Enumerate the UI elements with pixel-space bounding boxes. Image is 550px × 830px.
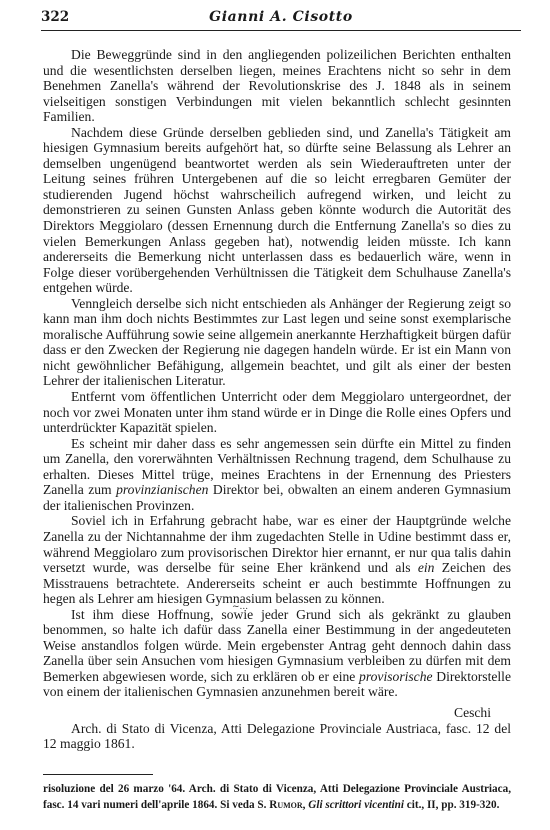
paragraph-5-italic: provinzianischen xyxy=(116,482,208,497)
paragraph-7-italic: provisorische xyxy=(359,669,433,684)
signature: Ceschi xyxy=(43,705,511,721)
paragraph-1: Die Beweggründe sind in den angliegenden… xyxy=(43,47,511,125)
paragraph-2: Nachdem diese Gründe derselben geblieden… xyxy=(43,125,511,296)
paragraph-6-italic: ein xyxy=(418,560,435,575)
footnote-title: Gli scrittori vicentini xyxy=(308,799,404,811)
header-rule xyxy=(41,30,521,31)
paragraph-7: Ist ihm diese Hoffnung, sowie jeder Grun… xyxy=(43,607,511,700)
paragraph-3: Venngleich derselbe sich nicht entschied… xyxy=(43,296,511,389)
footnote-author: Rumor xyxy=(269,799,302,811)
footnote-text-b: cit., II, pp. 319-320. xyxy=(404,799,499,811)
body-text: Die Beweggründe sind in den angliegenden… xyxy=(43,47,511,752)
footnote: risoluzione del 26 marzo '64. Arch. di S… xyxy=(43,782,511,813)
print-smudge-mark: ~... xyxy=(232,602,248,612)
document-page: 322 Gianni A. Cisotto Die Beweggründe si… xyxy=(0,0,550,830)
paragraph-6: Soviel ich in Erfahrung gebracht habe, w… xyxy=(43,513,511,606)
paragraph-5: Es scheint mir daher dass es sehr angeme… xyxy=(43,436,511,514)
paragraph-4: Entfernt vom öffentlichen Unterricht ode… xyxy=(43,389,511,436)
footnote-rule xyxy=(43,774,153,775)
running-head-author: Gianni A. Cisotto xyxy=(41,9,521,25)
page-header: 322 Gianni A. Cisotto xyxy=(41,9,521,31)
archive-reference: Arch. di Stato di Vicenza, Atti Delegazi… xyxy=(43,721,511,752)
